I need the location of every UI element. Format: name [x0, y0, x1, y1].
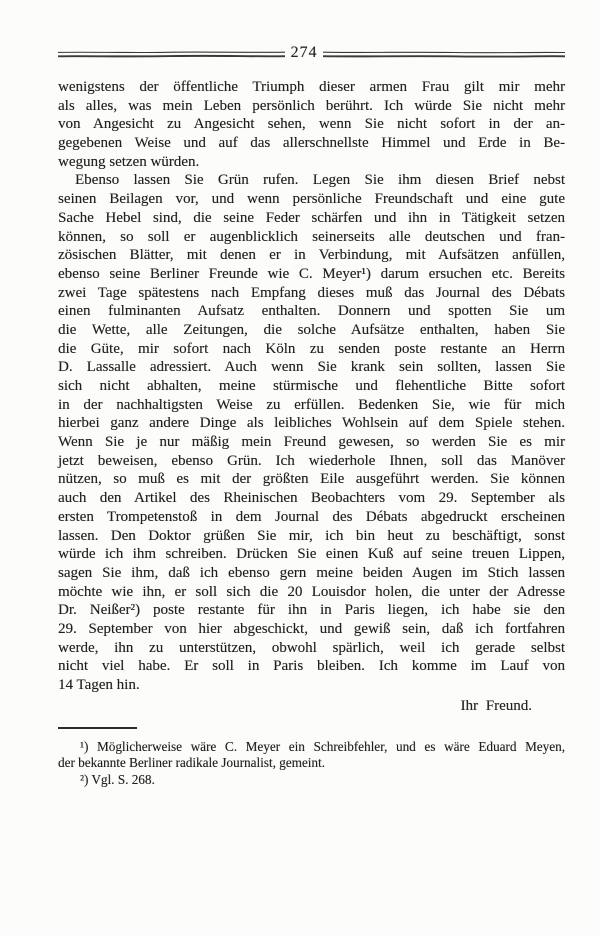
text-line: Ebenso lassen Sie Grün rufen. Legen Sie …: [58, 171, 565, 190]
header-rule-left: [58, 50, 285, 59]
footnotes: ¹) Möglicherweise wäre C. Meyer ein Schr…: [58, 739, 565, 788]
text-line: Dr. Neißer²) poste restante für ihn in P…: [58, 601, 565, 620]
letter-body: wenigstens der öffentliche Triumph diese…: [58, 78, 565, 695]
text-line: als alles, was mein Leben persönlich ber…: [58, 97, 565, 116]
text-line: werde, ihn zu unterstützen, obwohl spärl…: [58, 639, 565, 658]
text-line: 29. September von hier abgeschickt, und …: [58, 620, 565, 639]
text-line: Sache Hebel sind, die seine Feder schärf…: [58, 209, 565, 228]
footnote-separator: [58, 727, 137, 729]
header-rule-right: [323, 50, 565, 59]
signature: Ihr Freund.: [461, 697, 533, 716]
text-line: sich nicht abhalten, meine stürmische un…: [58, 377, 565, 396]
text-line: zwei Tage spätestens nach Empfang dieses…: [58, 284, 565, 303]
text-line: 14 Tagen hin.: [58, 676, 565, 695]
text-line: gegebenen Weise und auf das allerschnell…: [58, 134, 565, 153]
text-line: in der nachhaltigsten Weise zu erfüllen.…: [58, 396, 565, 415]
text-line: lassen. Den Doktor grüßen Sie mir, ich b…: [58, 527, 565, 546]
text-line: die Wette, alle Zeitungen, die solche Au…: [58, 321, 565, 340]
text-line: der bekannte Berliner radikale Journalis…: [58, 755, 565, 771]
text-line: von Angesicht zu Angesicht sehen, wenn S…: [58, 115, 565, 134]
text-line: ²) Vgl. S. 268.: [58, 772, 565, 788]
text-line: ersten Trompetenstoß in dem Journal des …: [58, 508, 565, 527]
text-line: Wenn Sie je nur mäßig mein Freund gewese…: [58, 433, 565, 452]
text-line: seinen Beilagen vor, und wenn persönlich…: [58, 190, 565, 209]
text-line: möchte wie ihn, er soll sich die 20 Loui…: [58, 583, 565, 602]
text-line: hierbei ganz andere Dinge als leibliches…: [58, 414, 565, 433]
text-line: würde ich ihm schreiben. Drücken Sie ein…: [58, 545, 565, 564]
page-number: 274: [285, 44, 323, 62]
text-line: wegung setzen würden.: [58, 153, 565, 172]
page-header: 274: [58, 44, 565, 62]
text-line: ebenso seine Berliner Freunde wie C. Mey…: [58, 265, 565, 284]
text-line: wenigstens der öffentliche Triumph diese…: [58, 78, 565, 97]
text-line: können, so soll er augenblicklich seiner…: [58, 228, 565, 247]
text-line: einen fulminanten Aufsatz enthalten. Don…: [58, 302, 565, 321]
text-line: auch den Artikel des Rheinischen Beobach…: [58, 489, 565, 508]
text-line: D. Lassalle adressiert. Auch wenn Sie kr…: [58, 358, 565, 377]
text-line: die Güte, mir sofort nach Köln zu senden…: [58, 340, 565, 359]
text-line: ¹) Möglicherweise wäre C. Meyer ein Schr…: [58, 739, 565, 755]
text-line: jetzt beweisen, ebenso Grün. Ich wiederh…: [58, 452, 565, 471]
text-line: nützen, so muß es mit der größten Eile a…: [58, 470, 565, 489]
text-line: sagen Sie ihm, daß ich ebenso gern meine…: [58, 564, 565, 583]
text-line: zösischen Blätter, mit denen er in Verbi…: [58, 246, 565, 265]
book-page: 274 wenigstens der öffentliche Triumph d…: [0, 0, 600, 936]
text-line: nicht viel habe. Er soll in Paris bleibe…: [58, 657, 565, 676]
